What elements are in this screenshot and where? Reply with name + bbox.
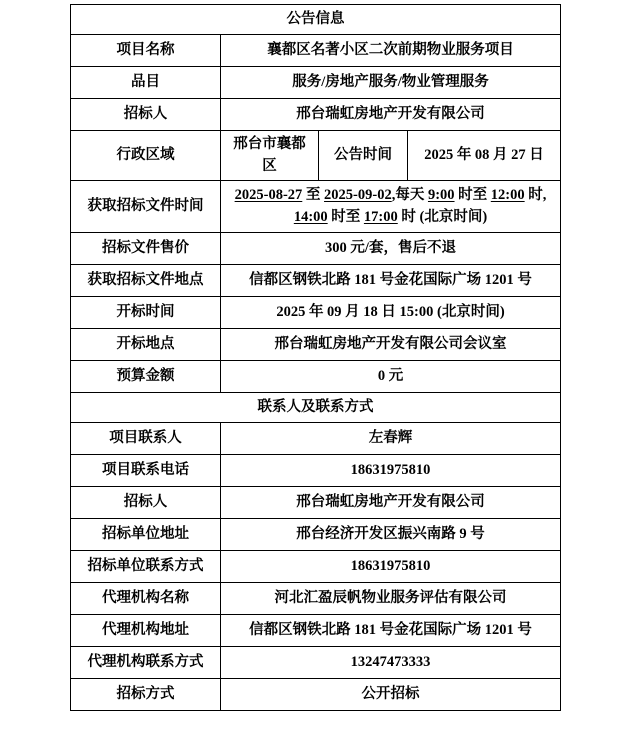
label-project-name: 项目名称 bbox=[71, 35, 221, 67]
label-project-contact: 项目联系人 bbox=[71, 422, 221, 454]
label-region: 行政区域 bbox=[71, 131, 221, 181]
table-row: 招标人 邢台瑞虹房地产开发有限公司 bbox=[71, 99, 561, 131]
label-doc-price: 招标文件售价 bbox=[71, 232, 221, 264]
section-title-contact: 联系人及联系方式 bbox=[71, 392, 561, 422]
value-doc-obtain-time: 2025-08-27 至 2025-09-02,每天 9:00 时至 12:00… bbox=[221, 180, 561, 232]
label-category: 品目 bbox=[71, 67, 221, 99]
value-tenderer-contact: 18631975810 bbox=[221, 550, 561, 582]
table-row: 招标单位联系方式 18631975810 bbox=[71, 550, 561, 582]
label-agency-contact: 代理机构联系方式 bbox=[71, 646, 221, 678]
value-bid-opening-place: 邢台瑞虹房地产开发有限公司会议室 bbox=[221, 328, 561, 360]
announcement-table: 公告信息 项目名称 襄都区名著小区二次前期物业服务项目 品目 服务/房地产服务/… bbox=[70, 4, 561, 711]
value-announce-time: 2025 年 08 月 27 日 bbox=[408, 131, 561, 181]
value-bid-method: 公开招标 bbox=[221, 678, 561, 710]
value-bid-opening-time: 2025 年 09 月 18 日 15:00 (北京时间) bbox=[221, 296, 561, 328]
table-row: 预算金额 0 元 bbox=[71, 360, 561, 392]
time-text-segment: 时 (北京时间) bbox=[398, 209, 487, 225]
table-row: 代理机构名称 河北汇盈辰帆物业服务评估有限公司 bbox=[71, 582, 561, 614]
label-bid-method: 招标方式 bbox=[71, 678, 221, 710]
label-announce-time: 公告时间 bbox=[319, 131, 408, 181]
value-agency-address: 信都区钢铁北路 181 号金花国际广场 1201 号 bbox=[221, 614, 561, 646]
label-doc-obtain-place: 获取招标文件地点 bbox=[71, 264, 221, 296]
value-doc-price: 300 元/套，售后不退 bbox=[221, 232, 561, 264]
label-doc-obtain-time: 获取招标文件时间 bbox=[71, 180, 221, 232]
value-project-contact: 左春辉 bbox=[221, 422, 561, 454]
time-text-segment: ,每天 bbox=[392, 187, 428, 203]
table-row: 招标文件售价 300 元/套，售后不退 bbox=[71, 232, 561, 264]
value-tenderer: 邢台瑞虹房地产开发有限公司 bbox=[221, 99, 561, 131]
value-region: 邢台市襄都区 bbox=[221, 131, 319, 181]
announcement-page: 公告信息 项目名称 襄都区名著小区二次前期物业服务项目 品目 服务/房地产服务/… bbox=[0, 0, 628, 756]
underlined-time-segment: 14:00 bbox=[294, 209, 328, 225]
label-tenderer: 招标人 bbox=[71, 99, 221, 131]
label-bid-opening-time: 开标时间 bbox=[71, 296, 221, 328]
label-agency-address: 代理机构地址 bbox=[71, 614, 221, 646]
table-row: 代理机构联系方式 13247473333 bbox=[71, 646, 561, 678]
table-row: 公告信息 bbox=[71, 5, 561, 35]
label-tenderer-address: 招标单位地址 bbox=[71, 518, 221, 550]
table-row: 品目 服务/房地产服务/物业管理服务 bbox=[71, 67, 561, 99]
table-row: 联系人及联系方式 bbox=[71, 392, 561, 422]
label-agency-name: 代理机构名称 bbox=[71, 582, 221, 614]
table-row: 招标单位地址 邢台经济开发区振兴南路 9 号 bbox=[71, 518, 561, 550]
section-title-announcement: 公告信息 bbox=[71, 5, 561, 35]
value-category: 服务/房地产服务/物业管理服务 bbox=[221, 67, 561, 99]
value-tenderer-address: 邢台经济开发区振兴南路 9 号 bbox=[221, 518, 561, 550]
value-doc-obtain-place: 信都区钢铁北路 181 号金花国际广场 1201 号 bbox=[221, 264, 561, 296]
label-project-phone: 项目联系电话 bbox=[71, 454, 221, 486]
underlined-time-segment: 2025-09-02 bbox=[324, 187, 392, 203]
time-text-segment: 时至 bbox=[455, 187, 491, 203]
value-tenderer-2: 邢台瑞虹房地产开发有限公司 bbox=[221, 486, 561, 518]
time-text-segment: 时至 bbox=[328, 209, 364, 225]
table-row: 获取招标文件时间 2025-08-27 至 2025-09-02,每天 9:00… bbox=[71, 180, 561, 232]
table-row: 获取招标文件地点 信都区钢铁北路 181 号金花国际广场 1201 号 bbox=[71, 264, 561, 296]
label-tenderer-2: 招标人 bbox=[71, 486, 221, 518]
table-row: 招标人 邢台瑞虹房地产开发有限公司 bbox=[71, 486, 561, 518]
label-budget: 预算金额 bbox=[71, 360, 221, 392]
value-agency-name: 河北汇盈辰帆物业服务评估有限公司 bbox=[221, 582, 561, 614]
table-row: 项目联系电话 18631975810 bbox=[71, 454, 561, 486]
table-row: 项目联系人 左春辉 bbox=[71, 422, 561, 454]
value-budget: 0 元 bbox=[221, 360, 561, 392]
table-row: 开标地点 邢台瑞虹房地产开发有限公司会议室 bbox=[71, 328, 561, 360]
label-tenderer-contact: 招标单位联系方式 bbox=[71, 550, 221, 582]
value-agency-contact: 13247473333 bbox=[221, 646, 561, 678]
value-project-phone: 18631975810 bbox=[221, 454, 561, 486]
label-bid-opening-place: 开标地点 bbox=[71, 328, 221, 360]
value-project-name: 襄都区名著小区二次前期物业服务项目 bbox=[221, 35, 561, 67]
table-row: 招标方式 公开招标 bbox=[71, 678, 561, 710]
table-row: 项目名称 襄都区名著小区二次前期物业服务项目 bbox=[71, 35, 561, 67]
underlined-time-segment: 12:00 bbox=[491, 187, 525, 203]
table-row: 代理机构地址 信都区钢铁北路 181 号金花国际广场 1201 号 bbox=[71, 614, 561, 646]
table-row: 行政区域 邢台市襄都区 公告时间 2025 年 08 月 27 日 bbox=[71, 131, 561, 181]
underlined-time-segment: 2025-08-27 bbox=[235, 187, 303, 203]
table-row: 开标时间 2025 年 09 月 18 日 15:00 (北京时间) bbox=[71, 296, 561, 328]
underlined-time-segment: 9:00 bbox=[428, 187, 455, 203]
time-text-segment: 时, bbox=[525, 187, 547, 203]
time-text-segment: 至 bbox=[302, 187, 324, 203]
underlined-time-segment: 17:00 bbox=[364, 209, 398, 225]
